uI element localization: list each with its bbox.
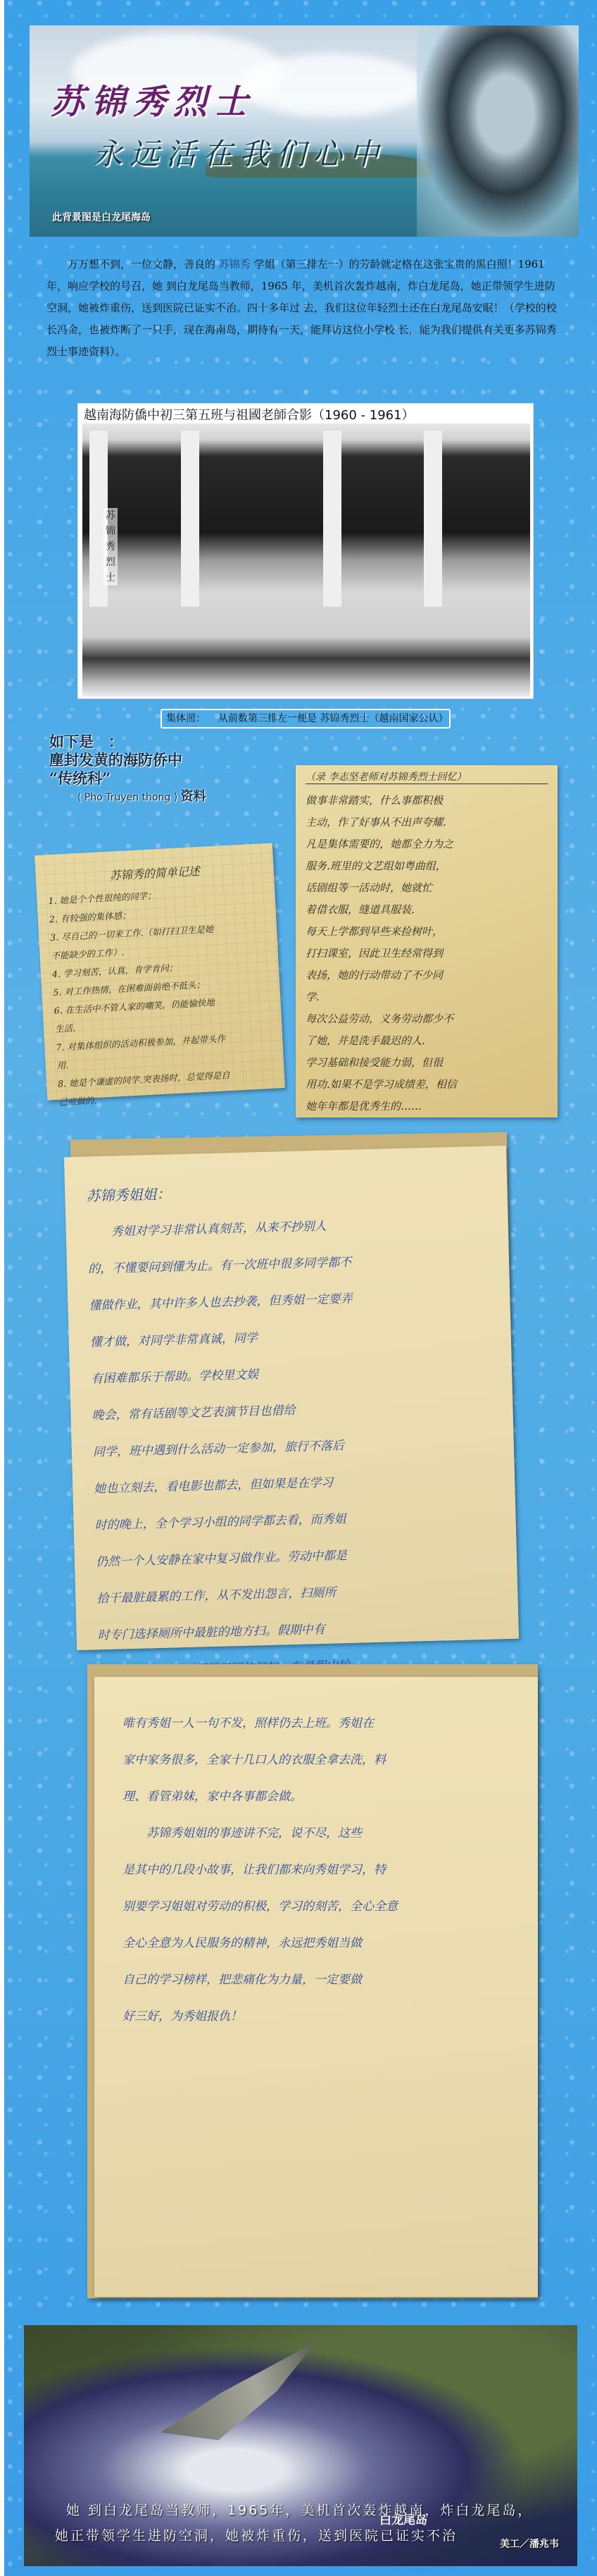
letter-line: 全心全意为人民服务的精神，永远把秀姐当做: [122, 1925, 517, 1962]
recollection-title: （录 李志坚老师对苏锦秀烈士回忆）: [306, 769, 548, 784]
heading-latin: ( Pho Truyen thong ): [77, 792, 177, 803]
letter-line: 理、看管弟妹，家中各事都会做。: [122, 1778, 517, 1815]
martyr-name: 苏锦秀: [219, 258, 251, 271]
banner-subtitle: 永远活在我们心中: [93, 131, 386, 173]
photo-caption-label: 集体照：: [166, 713, 206, 724]
note-line: 用功.如果不是学习成绩差，相信: [306, 1074, 548, 1096]
memorial-banner: 苏锦秀烈士 永远活在我们心中 此背景图是白龙尾海岛: [30, 25, 579, 237]
pillar-decoration: [181, 431, 199, 607]
cloud-decoration: [241, 54, 424, 117]
note-line: 表扬，她的行动带动了不少同: [306, 965, 548, 986]
photo-caption: 集体照：从前数第三排左一便是 苏锦秀烈士（越南国家公认）: [161, 709, 451, 729]
letter-line: 家中家务很多，全家十几口人的衣服全拿去洗，料: [122, 1742, 517, 1778]
heading-subtitle: ( Pho Truyen thong ) 资料: [49, 788, 206, 807]
class-photo-title: 越南海防僑中初三第五班与祖國老師合影（1960 - 1961）: [84, 405, 415, 423]
archive-heading: 如下是 ： 塵封发黄的海防侨中 “传统科” ( Pho Truyen thong…: [49, 733, 206, 807]
letter-page-1: 苏锦秀姐姐： 秀姐对学习非常认真刻苦，从来不抄别人 的，不懂要问到懂为止。有一次…: [64, 1146, 519, 1650]
note-line: 主动，作了好事从不出声夸耀.: [306, 812, 548, 834]
class-photo-image: 苏锦秀烈士: [82, 423, 530, 697]
martyr-portrait: [417, 25, 579, 237]
note-line: 着借衣服，缝道具服装.: [306, 899, 548, 921]
banner-caption: 此背景图是白龙尾海岛: [52, 210, 151, 224]
letter-line: 别要学习姐姐对劳动的积极，学习的刻苦，全心全意: [122, 1888, 517, 1925]
photo-vertical-label: 苏锦秀烈士: [103, 508, 118, 586]
artist-credit: 美工／潘兆韦: [500, 2537, 559, 2551]
class-photo: 越南海防僑中初三第五班与祖國老師合影（1960 - 1961） 苏锦秀烈士: [77, 403, 534, 699]
bombing-map: 白龙尾岛 她 到白龙尾岛当教师，1965年，美机首次轰炸越南，炸白龙尾岛， 她正…: [24, 2325, 577, 2566]
heading-line-2: 塵封发黄的海防侨中: [49, 751, 206, 769]
note-line: 做事非常踏实，什么事都积极: [306, 790, 548, 812]
note-line: 学习基础和接受能力弱，但很: [306, 1052, 548, 1074]
note-line: 每次公益劳动，义务劳动都少不: [306, 1008, 548, 1030]
heading-cn: 资料: [181, 789, 206, 804]
recollection-note: （录 李志坚老师对苏锦秀烈士回忆） 做事非常踏实，什么事都积极 主动，作了好事从…: [296, 765, 558, 1117]
intro-text-start: 万万想不到，一位文静，善良的: [68, 258, 219, 271]
note-line: 凡是集体需要的，她都全力为之: [306, 834, 548, 855]
pillar-decoration: [323, 431, 341, 607]
photo-caption-text: 从前数第三排左一便是 苏锦秀烈士（越南国家公认）: [218, 713, 448, 724]
memorial-page: 苏锦秀烈士 永远活在我们心中 此背景图是白龙尾海岛 万万想不到，一位文静，善良的…: [0, 0, 597, 2576]
map-caption-line-1: 她 到白龙尾岛当教师，1965年，美机首次轰炸越南，炸白龙尾岛，: [66, 2500, 533, 2519]
letter-line: 唯有秀姐一人一句不发，照样仍去上班。秀姐在: [122, 1705, 517, 1742]
heading-line-3: “传统科”: [49, 769, 206, 788]
intro-paragraph: 万万想不到，一位文静，善良的 苏锦秀 学姐（第三排左一）的芳龄就定格在这张宝贵的…: [46, 254, 560, 363]
note-line: 了她，并是洗手最迟的人.: [306, 1030, 548, 1052]
note-line: 话剧组等一活动时，她就忙: [306, 877, 548, 899]
intro-text-rest: 学姐（第三排左一）的芳龄就定格在这张宝贵的黑白照！1961 年，响应学校的号召，…: [46, 258, 557, 358]
note-line: 打扫课室，因此卫生经常得到: [306, 943, 548, 965]
pillar-decoration: [424, 431, 442, 607]
note-line: 她年年都是优秀生的……: [306, 1096, 548, 1117]
note-line: 每天上学都到早些来捡树叶，: [306, 921, 548, 943]
letter-line: 自己的学习榜样，把悲痛化为力量，一定要做: [122, 1962, 517, 1998]
summary-note: 苏锦秀的简单记述 1. 她是个个性很纯的同学； 2. 有较强的集体感； 3. 尽…: [34, 843, 285, 1100]
note-line: 服务.班里的文艺组如粤曲组，: [306, 855, 548, 877]
letter-line: 好三好，为秀姐报仇！: [122, 1998, 517, 2035]
fighter-jet-icon: [149, 2342, 336, 2457]
banner-title: 苏锦秀烈士: [51, 75, 255, 123]
letter-page-2: 唯有秀姐一人一句不发，照样仍去上班。秀姐在 家中家务很多，全家十几口人的衣服全拿…: [94, 1677, 538, 2297]
map-caption-line-2: 她正带领学生进防空洞，她被炸重伤，送到医院已证实不治: [55, 2525, 458, 2544]
note-line: 学.: [306, 986, 548, 1008]
heading-line-1: 如下是 ：: [49, 733, 206, 751]
letter-line: 苏锦秀姐姐的事迹讲不完，说不尽，这些: [122, 1815, 517, 1852]
letter-line: 是其中的几段小故事，让我们都来向秀姐学习，特: [122, 1852, 517, 1888]
